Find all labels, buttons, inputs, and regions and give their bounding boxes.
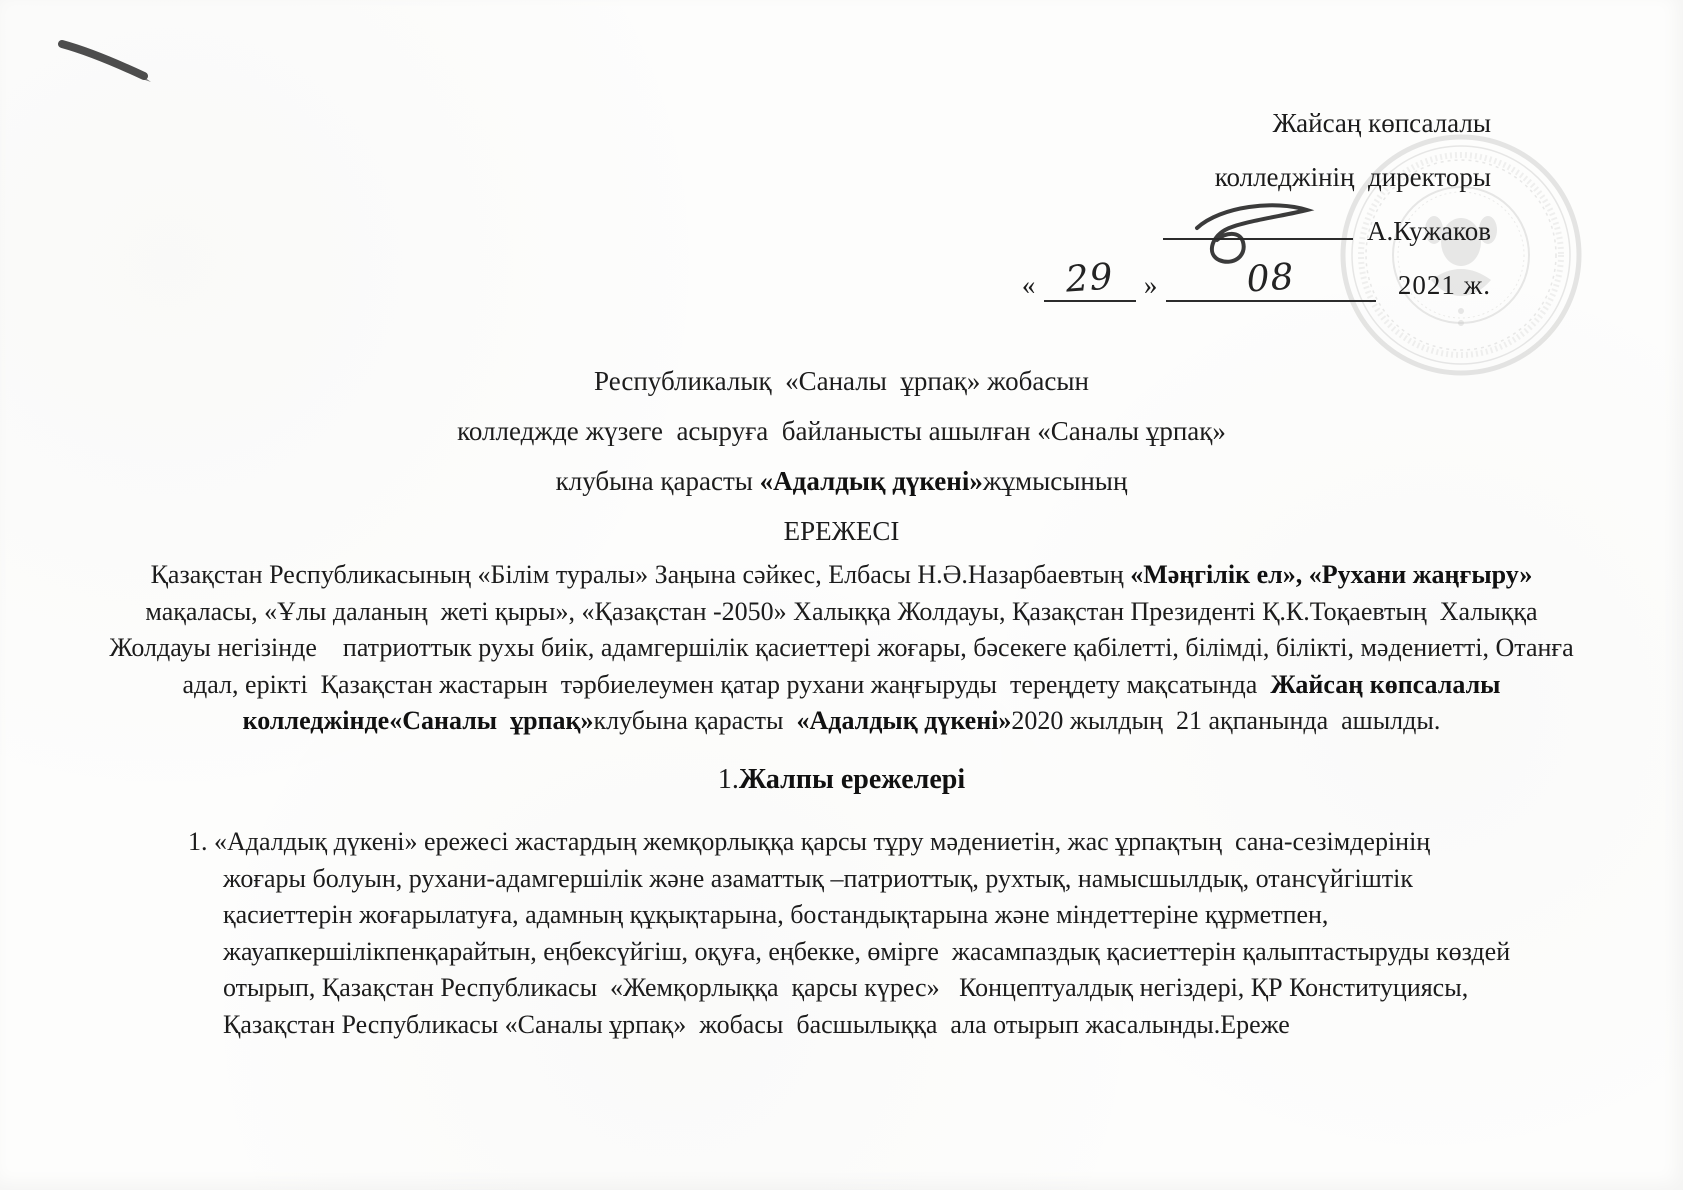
date-day-field: 29 (1044, 268, 1136, 302)
title-line-2: колледжде жүзеге асыруға байланысты ашыл… (0, 406, 1683, 456)
date-day-handwritten: 29 (1065, 262, 1115, 295)
approval-org-line1: Жайсаң көпсалалы (1022, 96, 1491, 150)
approval-date-row: « 29 » 08 2021 ж. (1022, 258, 1491, 312)
document-page: Жайсаң көпсалалы колледжінің директоры А… (0, 0, 1683, 1190)
title-line-1: Республикалық «Саналы ұрпақ» жобасын (0, 356, 1683, 406)
section-1-heading: 1.Жалпы ережелері (0, 764, 1683, 796)
signature-line (1163, 211, 1353, 240)
date-month-handwritten: 08 (1246, 262, 1296, 295)
signatory-name: А.Кужаков (1367, 216, 1491, 246)
approval-org-line2: колледжінің директоры (1022, 150, 1491, 204)
date-close-quote: » (1144, 270, 1159, 300)
pen-mark-stroke (52, 32, 162, 92)
signature-stroke (1191, 198, 1321, 264)
title-line-4: ЕРЕЖЕСІ (0, 506, 1683, 556)
signature-row: А.Кужаков (1022, 204, 1491, 258)
section-1-paragraph: 1. «Адалдық дүкені» ережесі жастардың же… (188, 824, 1513, 1043)
section-1-title: Жалпы ережелері (739, 764, 965, 795)
approval-block: Жайсаң көпсалалы колледжінің директоры А… (1022, 96, 1491, 312)
date-year: 2021 ж. (1398, 270, 1491, 300)
section-1-number: 1. (718, 764, 739, 795)
title-line-3: клубына қарасты «Адалдық дүкені»жұмысыны… (0, 456, 1683, 506)
date-month-field: 08 (1166, 268, 1376, 302)
intro-paragraph: Қазақстан Республикасының «Білім туралы»… (107, 557, 1577, 740)
date-open-quote: « (1022, 270, 1037, 300)
title-block: Республикалық «Саналы ұрпақ» жобасын кол… (0, 356, 1683, 556)
